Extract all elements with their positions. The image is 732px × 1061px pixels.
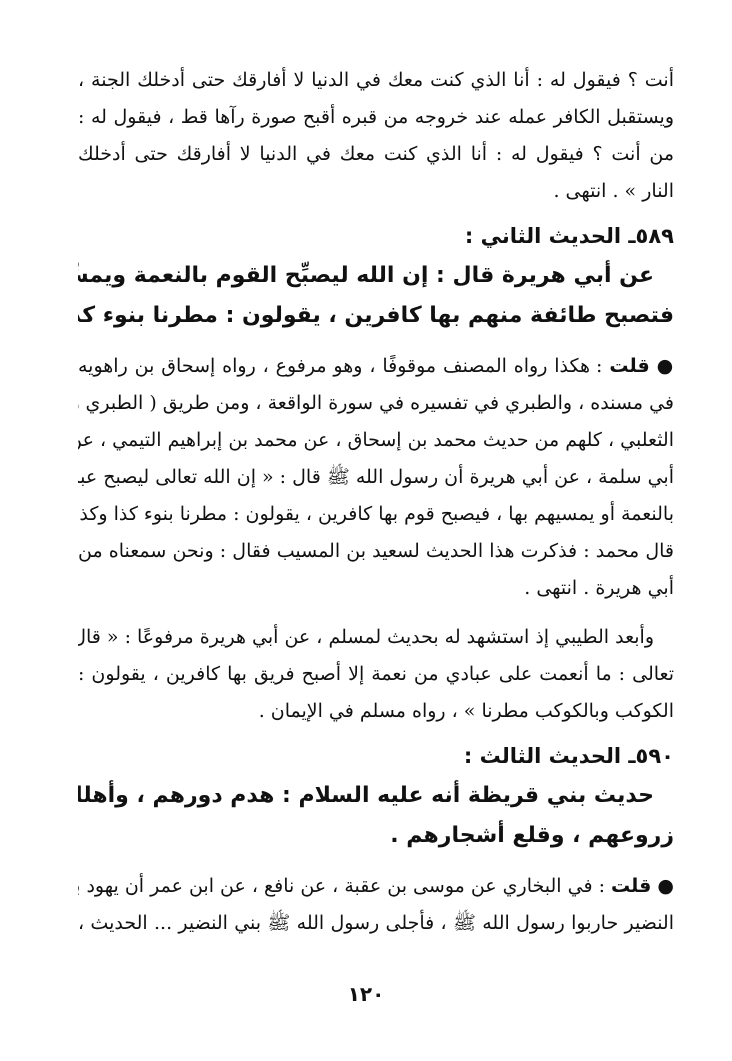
text-line: الثعلبي ، كلهم من حديث محمد بن إسحاق ، ع… (78, 422, 674, 459)
commentary-block: ● قلت : في البخاري عن موسى بن عقبة ، عن … (78, 868, 674, 942)
intro-paragraph: أنت ؟ فيقول له : أنا الذي كنت معك في الد… (78, 62, 674, 210)
text-line: أبي سلمة ، عن أبي هريرة أن رسول الله ﷺ ق… (78, 459, 674, 496)
commentary-block: ● قلت : هكذا رواه المصنف موقوفًا ، وهو م… (78, 348, 674, 607)
hadith-line: فتصبح طائفة منهم بها كافرين ، يقولون : م… (78, 296, 674, 336)
commentary-label: قلت (609, 355, 649, 377)
text-line: قال محمد : فذكرت هذا الحديث لسعيد بن الم… (78, 533, 674, 570)
hadith-heading: ٥٨٩ـ الحديث الثاني : (78, 216, 674, 256)
bullet-icon: ● (657, 355, 674, 377)
text-line: ● قلت : في البخاري عن موسى بن عقبة ، عن … (78, 868, 674, 905)
page-number: ١٢٠ (0, 982, 732, 1006)
text-line: في مسنده ، والطبري في تفسيره في سورة الو… (78, 385, 674, 422)
hadith-text: حديث بني قريظة أنه عليه السلام : هدم دور… (78, 776, 674, 816)
hadith-line: حديث بني قريظة أنه عليه السلام : هدم دور… (78, 776, 654, 816)
text-line: ● قلت : هكذا رواه المصنف موقوفًا ، وهو م… (78, 348, 674, 385)
text-line: أبي هريرة . انتهى . (78, 570, 674, 607)
text-line: أنت ؟ فيقول له : أنا الذي كنت معك في الد… (78, 62, 674, 99)
text-line: النضير حاربوا رسول الله ﷺ ، فأجلى رسول ا… (78, 905, 674, 942)
book-page: أنت ؟ فيقول له : أنا الذي كنت معك في الد… (78, 62, 674, 942)
text-line: تعالى : ما أنعمت على عبادي من نعمة إلا أ… (78, 656, 674, 693)
hadith-text: عن أبي هريرة قال : إن الله ليصبِّح القوم… (78, 256, 674, 296)
hadith-590-section: ٥٩٠ـ الحديث الثالث : حديث بني قريظة أنه … (78, 736, 674, 942)
text-line: الكوكب وبالكوكب مطرنا » ، رواه مسلم في ا… (78, 693, 674, 730)
bullet-icon: ● (657, 875, 674, 897)
hadith-589-section: ٥٨٩ـ الحديث الثاني : عن أبي هريرة قال : … (78, 216, 674, 730)
second-paragraph: وأبعد الطيبي إذ استشهد له بحديث لمسلم ، … (78, 619, 674, 730)
text-line: النار » . انتهى . (78, 173, 674, 210)
text-line: وأبعد الطيبي إذ استشهد له بحديث لمسلم ، … (78, 619, 654, 656)
text-line: بالنعمة أو يمسيهم بها ، فيصبح قوم بها كا… (78, 496, 674, 533)
text-line: ويستقبل الكافر عمله عند خروجه من قبره أق… (78, 99, 674, 136)
commentary-label: قلت (611, 875, 651, 897)
hadith-heading: ٥٩٠ـ الحديث الثالث : (78, 736, 674, 776)
text-line: من أنت ؟ فيقول له : أنا الذي كنت معك في … (78, 136, 674, 173)
hadith-line: عن أبي هريرة قال : إن الله ليصبِّح القوم… (78, 256, 654, 296)
hadith-line: زروعهم ، وقلع أشجارهم . (78, 816, 674, 856)
